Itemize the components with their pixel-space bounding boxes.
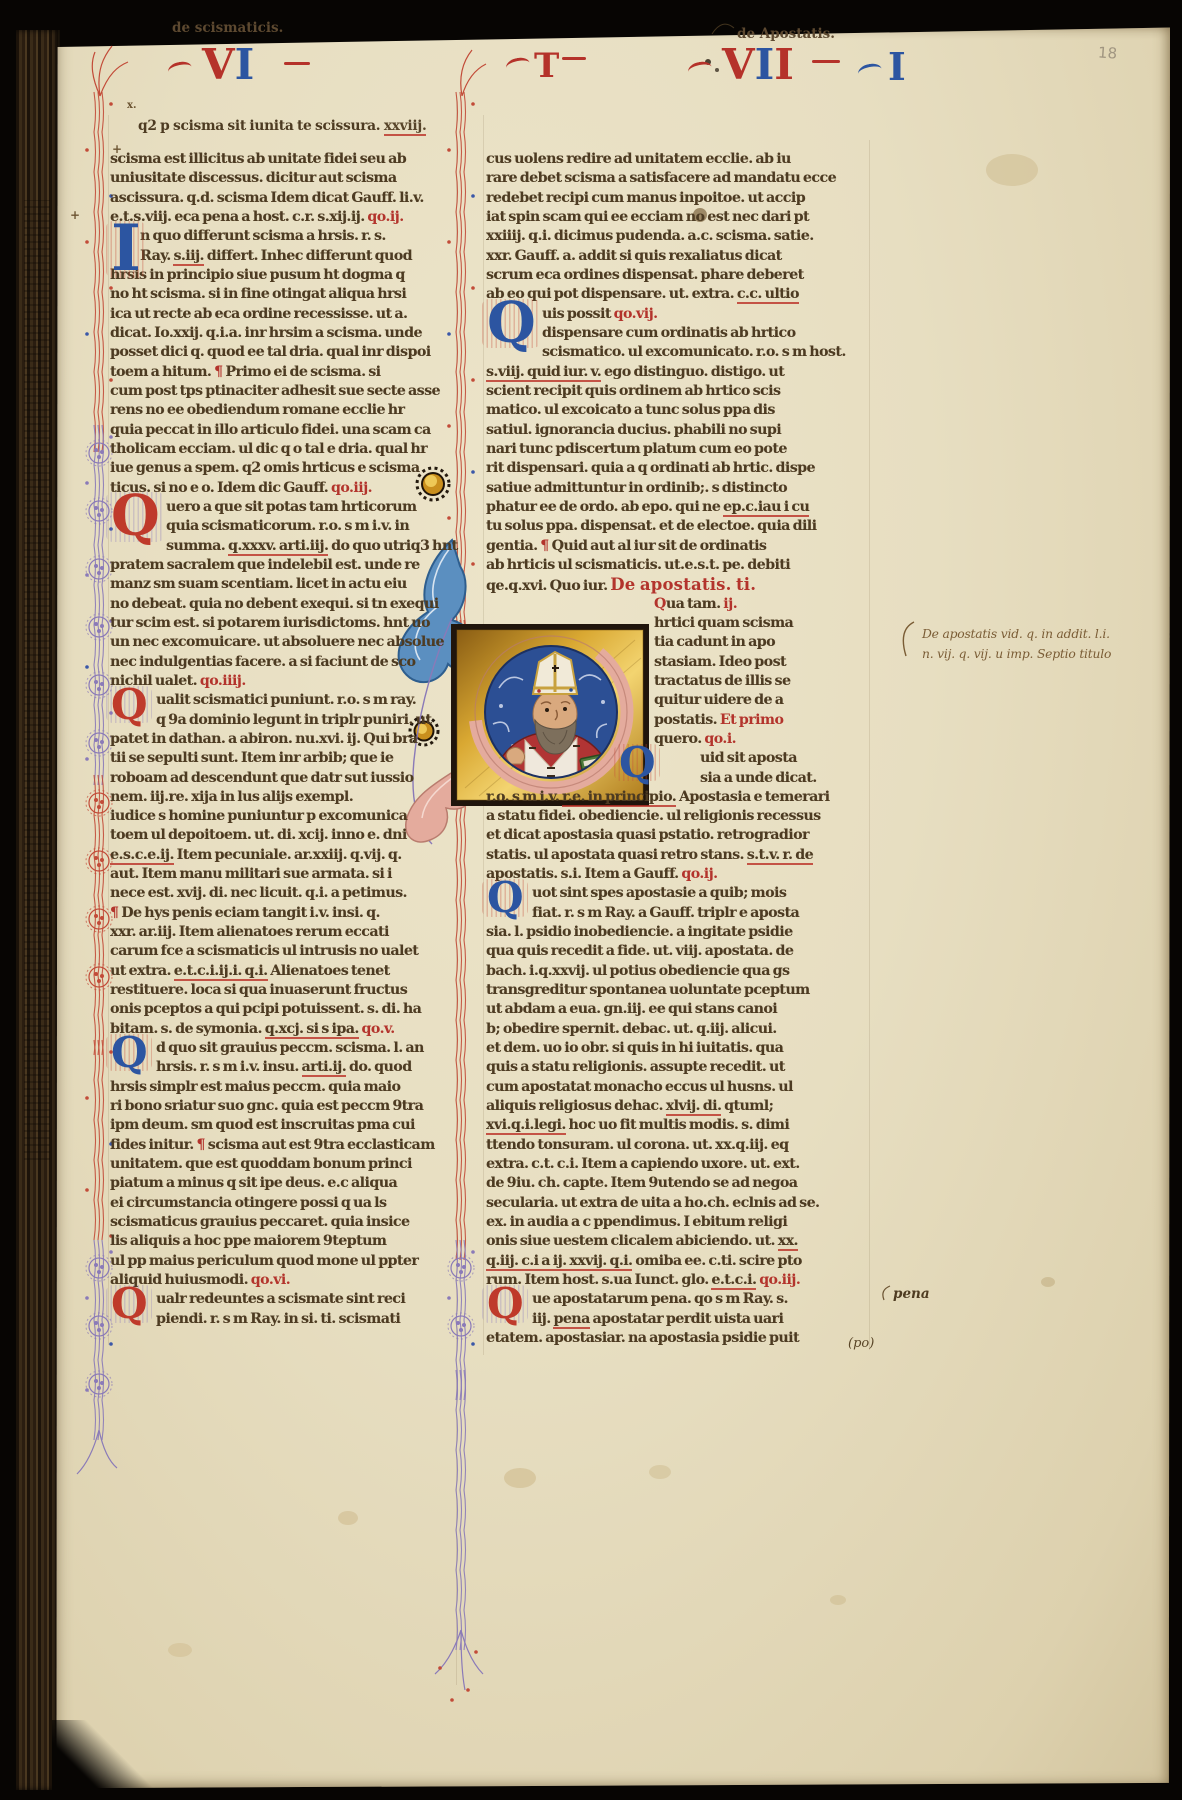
text-line: Ray. s.iij. differt. Inhec differunt quo…	[110, 247, 456, 266]
text-line: sia. l. psidio inobediencie. a ingitate …	[486, 923, 872, 942]
text-run: no ht scisma. si in fine otingat aliqua …	[110, 286, 406, 302]
text-line: qe.q.xvi. Quo iur. De apostatis. ti.	[486, 575, 872, 594]
text-line: un nec excomuicare. ut absoluere nec abs…	[110, 633, 456, 652]
text-run: ego distinguo. distigo. ut	[601, 364, 784, 380]
text-run: tur scim est. si potarem iurisdictoms. h…	[110, 615, 430, 631]
running-title-left: de scismaticis.	[172, 20, 283, 36]
numeral-letter: T	[534, 46, 559, 86]
text-run: omiba ee. c.ti. scire pto	[632, 1253, 801, 1269]
text-line: piatum a minus q sit ipe deus. e.c aliqu…	[110, 1174, 456, 1193]
folio-numeral-vi: VI	[202, 40, 254, 89]
text-run: scrum eca ordines dispensat. phare deber…	[486, 267, 804, 283]
text-line: patet in dathan. a abiron. nu.xvi. ij. Q…	[110, 730, 456, 749]
text-run: ascissura. q.d. scisma Idem dicat Gauff.…	[110, 190, 424, 206]
text-line: tu solus ppa. dispensat. et de electoe. …	[486, 517, 872, 536]
text-run: Apostasia e temerari	[676, 789, 829, 805]
text-run: hrtici quam scisma	[654, 615, 793, 631]
folio-number: 18	[1097, 43, 1117, 62]
text-line: posset dici q. quod ee tal dria. qual in…	[110, 343, 456, 362]
text-run: unitatem. que est quoddam bonum princi	[110, 1156, 412, 1172]
text-run: s.t.v. r. de	[747, 847, 813, 865]
text-run: ¶	[196, 1137, 207, 1153]
text-line: e.s.c.e.ij. Item pecuniale. ar.xxiij. q.…	[110, 846, 456, 865]
text-line: uis possit qo.vij.	[486, 305, 872, 324]
text-line: unitatem. que est quoddam bonum princi	[110, 1155, 456, 1174]
text-run: scisma est illicitus ab unitate fidei se…	[110, 151, 406, 167]
text-run: qua quis recedit a fide. ut. viij. apost…	[486, 943, 793, 959]
text-run: iudice s homine puniuntur p excomunica	[110, 808, 407, 824]
text-run: qo.ij.	[681, 866, 717, 882]
text-run: lis aliquis a hoc ppe maiorem 9teptum	[110, 1233, 386, 1249]
text-run: quia scismaticorum. r.o. s m i.v. in	[166, 518, 409, 534]
text-column-left: scisma est illicitus ab unitate fidei se…	[110, 150, 456, 1329]
text-line: xxiiij. q.i. dicimus pudenda. a.c. scism…	[486, 227, 872, 246]
text-run: toem a hitum.	[110, 364, 214, 380]
text-run: De apostatis. ti.	[610, 575, 756, 594]
text-run: extra. c.t. c.i. Item a capiendo uxore. …	[486, 1156, 800, 1172]
initial-capital: I	[106, 221, 145, 277]
text-run: uid sit aposta	[700, 750, 797, 766]
text-line: cum post tps ptinaciter adhesit sue sect…	[110, 382, 456, 401]
text-line: dispensare cum ordinatis ab hrtico	[486, 324, 872, 343]
text-run: q.xxxv. arti.iij.	[228, 538, 328, 556]
text-line: rit dispensari. quia a q ordinati ab hrt…	[486, 459, 872, 478]
text-run: qo.iij.	[759, 1272, 800, 1288]
text-line: n quo differunt scisma a hrsis. r. s.	[110, 227, 456, 246]
text-run: rare debet scisma a satisfacere ad manda…	[486, 170, 836, 186]
text-run: ri bono sriatur suo gnc. quia est peccm …	[110, 1098, 423, 1114]
initial-capital: Q	[106, 1034, 152, 1072]
text-run: iue genus a spem. q2 omis hrticus e scis…	[110, 460, 420, 476]
text-run: apostatar perdit uista uari	[590, 1311, 784, 1327]
text-run: manz sm suam scentiam. licet in actu eiu	[110, 576, 407, 592]
text-line: ica ut recte ab eca ordine recessisse. u…	[110, 305, 456, 324]
text-run: a statu fidei. obediencie. ul religionis…	[486, 808, 821, 824]
text-line: uot sint spes apostasie a quib; mois	[486, 884, 872, 903]
text-line: secularia. ut extra de uita a ho.ch. ecl…	[486, 1194, 872, 1213]
text-run: n quo differunt scisma a hrsis. r. s.	[140, 228, 386, 244]
text-run: c.c. ultio	[737, 286, 799, 304]
text-line: bach. i.q.xxvij. ul potius obediencie qu…	[486, 962, 872, 981]
text-line: apostatis. s.i. Item a Gauff. qo.ij.	[486, 865, 872, 884]
text-run: ue apostatarum pena. qo s m Ray. s.	[532, 1291, 788, 1307]
text-run: d quo sit grauius peccm. scisma. l. an	[156, 1040, 424, 1056]
text-run: onis siue uestem clicalem abiciendo. ut.	[486, 1233, 778, 1249]
text-run: b; obedire spernit. debac. ut. q.iij. al…	[486, 1021, 777, 1037]
text-run: gentia.	[486, 538, 540, 554]
text-run: ua tam.	[666, 596, 723, 612]
text-line: q.iij. c.i a ij. xxvij. q.i. omiba ee. c…	[486, 1252, 872, 1271]
text-line: hrsis. r. s m i.v. insu. arti.ij. do. qu…	[110, 1058, 456, 1077]
text-run: dispensare cum ordinatis ab hrtico	[542, 325, 796, 341]
text-run: ut abdam a eua. gn.iij. ee qui stans can…	[486, 1001, 777, 1017]
text-run: piatum a minus q sit ipe deus. e.c aliqu…	[110, 1175, 397, 1191]
text-run: xxviij.	[384, 118, 427, 136]
text-line: quero. qo.i.	[654, 730, 872, 749]
text-line: carum fce a scismaticis ul intrusis no u…	[110, 942, 456, 961]
flourish	[284, 62, 310, 65]
text-line: satiue admittuntur in ordinib;. s distin…	[486, 479, 872, 498]
text-line: bitam. s. de symonia. q.xcj. si s ipa. q…	[110, 1020, 456, 1039]
text-line: aliquid huiusmodi. qo.vi.	[110, 1271, 456, 1290]
text-run: posset dici q. quod ee tal dria. qual in…	[110, 344, 431, 360]
text-run: pratem sacralem que indelebil est. unde …	[110, 557, 420, 573]
text-run: restituere. loca si qua inuaserunt fruct…	[110, 982, 407, 998]
text-run: etatem. apostasiar. na apostasia psidie …	[486, 1330, 799, 1346]
text-run: nari tunc pdiscertum platum cum eo pote	[486, 441, 787, 457]
text-run: qo.vij.	[614, 306, 658, 322]
text-run: qo.ij.	[367, 209, 403, 225]
margin-note-pena: pena	[893, 1286, 930, 1302]
text-run: qo.iiij.	[200, 673, 246, 689]
text-line: q 9a dominio legunt in triplr puniri. ut	[110, 711, 456, 730]
text-run: rit dispensari. quia a q ordinati ab hrt…	[486, 460, 815, 476]
text-run: quia peccat in illo articulo fidei. una …	[110, 422, 431, 438]
margin-note-line: De apostatis vid. q. in addit. l.i.	[922, 624, 1111, 644]
column-numeral: T	[534, 46, 559, 86]
text-line: b; obedire spernit. debac. ut. q.iij. al…	[486, 1020, 872, 1039]
text-run: un nec excomuicare. ut absoluere nec abs…	[110, 634, 444, 650]
text-run: r.o. s m i.v.	[486, 789, 562, 805]
text-line: scrum eca ordines dispensat. phare deber…	[486, 266, 872, 285]
page-stack-specks	[24, 200, 50, 1160]
text-run: xx.	[778, 1233, 798, 1251]
text-line: quia peccat in illo articulo fidei. una …	[110, 421, 456, 440]
text-run: no debeat. quia no debent exequi. si tn …	[110, 596, 439, 612]
text-run: qo.v.	[362, 1021, 395, 1037]
catchword: (po)	[848, 1336, 874, 1351]
text-line: nichil ualet. qo.iiij.	[110, 672, 456, 691]
text-line: cus uolens redire ad unitatem ecclie. ab…	[486, 150, 872, 169]
text-run: iat spin scam qui ee ecciam no est nec d…	[486, 209, 809, 225]
text-run: satiul. ignorancia ducius. phabili no su…	[486, 422, 781, 438]
text-line: etatem. apostasiar. na apostasia psidie …	[486, 1329, 872, 1348]
text-run: hoc uo fit multis modis. s. dimi	[566, 1117, 789, 1133]
numeral-letter: I	[755, 40, 775, 89]
text-line: rens no ee obediendum romane ecclie hr	[110, 401, 456, 420]
text-line: ex. in audia a c ppendimus. I ebitum rel…	[486, 1213, 872, 1232]
text-line: xvi.q.i.legi. hoc uo fit multis modis. s…	[486, 1116, 872, 1135]
text-line: transgreditur spontanea uoluntate pceptu…	[486, 981, 872, 1000]
text-line: tur scim est. si potarem iurisdictoms. h…	[110, 614, 456, 633]
text-line: et dem. uo io obr. si quis in hi iuitati…	[486, 1039, 872, 1058]
text-run: secularia. ut extra de uita a ho.ch. ecl…	[486, 1195, 819, 1211]
text-line: statis. ul apostata quasi retro stans. s…	[486, 846, 872, 865]
text-line: scisma est illicitus ab unitate fidei se…	[110, 150, 456, 169]
text-line: ri bono sriatur suo gnc. quia est peccm …	[110, 1097, 456, 1116]
text-line: no ht scisma. si in fine otingat aliqua …	[110, 285, 456, 304]
text-line: iudice s homine puniuntur p excomunica	[110, 807, 456, 826]
text-run: qtuml;	[721, 1098, 773, 1114]
text-line: iij. pena apostatar perdit uista uari	[486, 1310, 872, 1329]
text-run: Et primo	[720, 712, 784, 728]
text-line: iue genus a spem. q2 omis hrticus e scis…	[110, 459, 456, 478]
text-run: fides initur.	[110, 1137, 196, 1153]
quire-numeral: I	[888, 44, 906, 89]
text-run: xvi.q.i.legi.	[486, 1117, 566, 1135]
text-run: ex. in audia a c ppendimus. I ebitum rel…	[486, 1214, 787, 1230]
chapter-heading: q2 p scisma sit iunita te scissura. xxvi…	[138, 118, 426, 134]
text-run: carum fce a scismaticis ul intrusis no u…	[110, 943, 418, 959]
text-run: sia a unde dicat.	[700, 770, 817, 786]
text-run: piendi. r. s m Ray. in si. ti. scismati	[156, 1311, 400, 1327]
initial-capital: Q	[482, 299, 540, 349]
text-run: r.e. in principio.	[562, 789, 676, 807]
text-line: cum apostatat monacho eccus ul husns. ul	[486, 1078, 872, 1097]
text-run: Ray.	[140, 248, 173, 264]
text-line: rare debet scisma a satisfacere ad manda…	[486, 169, 872, 188]
text-line: quitur uidere de a	[654, 691, 872, 710]
text-run: e.t.s.viij. eca pena a host. c.r. s.xij.…	[110, 209, 367, 225]
text-run: e.t.c.i.ij.i. q.i.	[174, 963, 268, 981]
text-line: extra. c.t. c.i. Item a capiendo uxore. …	[486, 1155, 872, 1174]
text-run: scismatico. ul excomunicato. r.o. s m ho…	[542, 344, 846, 360]
text-line: scismaticus grauius peccaret. quia insic…	[110, 1213, 456, 1232]
text-line: phatur ee de ordo. ab epo. qui ne ep.c.i…	[486, 498, 872, 517]
numeral-letter: V	[722, 40, 755, 89]
initial-capital: Q	[482, 879, 528, 917]
text-line: hrsis simplr est maius peccm. quia maio	[110, 1078, 456, 1097]
text-run: postatis.	[654, 712, 720, 728]
ruling-line	[456, 95, 457, 1685]
text-run: sia. l. psidio inobediencie. a ingitate …	[486, 924, 793, 940]
text-run: ij.	[723, 596, 737, 612]
text-run: ualit scismatici puniunt. r.o. s m ray.	[156, 692, 416, 708]
text-run: do quo utriq3 hnt	[328, 538, 457, 554]
manuscript-page-scan: { "page": {"folio": "18", "catchword": "…	[0, 0, 1182, 1800]
text-line: et dicat apostasia quasi pstatio. retrog…	[486, 826, 872, 845]
text-run: qo.vi.	[251, 1272, 290, 1288]
text-line: r.o. s m i.v. r.e. in principio. Apostas…	[486, 788, 872, 807]
flourish	[562, 57, 586, 60]
text-run: ei circumstancia otingere possi q ua ls	[110, 1195, 386, 1211]
text-line: onis pceptos a qui pcipi potuissent. s. …	[110, 1000, 456, 1019]
text-run: e.s.c.e.ij.	[110, 847, 174, 865]
text-run: stasiam. Ideo post	[654, 654, 786, 670]
text-run: cum post tps ptinaciter adhesit sue sect…	[110, 383, 440, 399]
text-line: ue apostatarum pena. qo s m Ray. s.	[486, 1290, 872, 1309]
text-line: qua quis recedit a fide. ut. viij. apost…	[486, 942, 872, 961]
text-line: Qua tam. ij.	[654, 595, 872, 614]
text-line: hrsis in principio siue pusum ht dogma q	[110, 266, 456, 285]
text-line: fides initur. ¶ scisma aut est 9tra eccl…	[110, 1136, 456, 1155]
text-run: Q	[654, 596, 666, 612]
text-run: cus uolens redire ad unitatem ecclie. ab…	[486, 151, 791, 167]
text-run: do. quod	[346, 1059, 411, 1075]
text-run: tia cadunt in apo	[654, 634, 775, 650]
text-run: xlvij. di.	[666, 1098, 722, 1116]
text-run: redebet recipi cum manus inpoitoe. ut ac…	[486, 190, 805, 206]
text-run: onis pceptos a qui pcipi potuissent. s. …	[110, 1001, 421, 1017]
text-line: roboam ad descendunt que datr sut iussio	[110, 769, 456, 788]
text-run: patet in dathan. a abiron. nu.xvi. ij. Q…	[110, 731, 417, 747]
text-run: transgreditur spontanea uoluntate pceptu…	[486, 982, 810, 998]
text-run: aliquis religiosus dehac.	[486, 1098, 666, 1114]
text-line: matico. ul excoicato a tunc solus ppa di…	[486, 401, 872, 420]
title-flourish	[712, 24, 734, 34]
text-line: aut. Item manu militari sue armata. si i	[110, 865, 456, 884]
text-run: roboam ad descendunt que datr sut iussio	[110, 770, 413, 786]
text-line: ab hrticis ul scismaticis. ut.e.s.t. pe.…	[486, 556, 872, 575]
text-line: ttendo tonsuram. ul corona. ut. xx.q.iij…	[486, 1136, 872, 1155]
text-run: ¶	[540, 538, 551, 554]
text-line: ut extra. e.t.c.i.ij.i. q.i. Alienatoes …	[110, 962, 456, 981]
text-line: ul pp maius periculum quod mone ul ppter	[110, 1252, 456, 1271]
text-line: aliquis religiosus dehac. xlvij. di. qtu…	[486, 1097, 872, 1116]
text-run: Alienatoes tenet	[268, 963, 390, 979]
text-line: a statu fidei. obediencie. ul religionis…	[486, 807, 872, 826]
folio-numeral-vii: VII	[722, 40, 794, 89]
text-run: xxiiij. q.i. dicimus pudenda. a.c. scism…	[486, 228, 814, 244]
text-run: scisma aut est 9tra ecclasticam	[208, 1137, 435, 1153]
text-run: dicat. Io.xxij. q.i.a. inr hrsim a scism…	[110, 325, 422, 341]
initial-capital: Q	[614, 744, 660, 782]
text-line: uniusitate discessus. dicitur aut scisma	[110, 169, 456, 188]
text-line: scismatico. ul excomunicato. r.o. s m ho…	[486, 343, 872, 362]
text-run: pena	[553, 1311, 589, 1329]
text-run: nece est. xvij. di. nec licuit. q.i. a p…	[110, 885, 407, 901]
text-line: iat spin scam qui ee ecciam no est nec d…	[486, 208, 872, 227]
text-run: statis. ul apostata quasi retro stans.	[486, 847, 747, 863]
text-run: arti.ij.	[302, 1059, 347, 1077]
numeral-letter: I	[774, 40, 794, 89]
text-run: summa.	[166, 538, 228, 554]
text-run: Primo ei de scisma. si	[225, 364, 380, 380]
text-run: uero a que sit potas tam hrticorum	[166, 499, 417, 515]
margin-note-line: n. vij. q. vij. u imp. Septio titulo	[922, 644, 1111, 664]
text-line: piendi. r. s m Ray. in si. ti. scismati	[110, 1310, 456, 1329]
cross-mark: +	[70, 208, 80, 222]
text-line: tractatus de illis se	[654, 672, 872, 691]
text-run: et dem. uo io obr. si quis in hi iuitati…	[486, 1040, 783, 1056]
text-line: ut abdam a eua. gn.iij. ee qui stans can…	[486, 1000, 872, 1019]
text-run: scismaticus grauius peccaret. quia insic…	[110, 1214, 409, 1230]
margin-note-apostatis: De apostatis vid. q. in addit. l.i. n. v…	[922, 624, 1111, 664]
text-run: ica ut recte ab eca ordine recessisse. u…	[110, 306, 407, 322]
text-line: d quo sit grauius peccm. scisma. l. an	[110, 1039, 456, 1058]
initial-capital: Q	[482, 1285, 528, 1323]
rubric-mark: x.	[127, 100, 136, 111]
text-line: nece est. xvij. di. nec licuit. q.i. a p…	[110, 884, 456, 903]
text-line: redebet recipi cum manus inpoitoe. ut ac…	[486, 189, 872, 208]
numeral-letter: V	[202, 40, 235, 89]
text-run: qo.iij.	[331, 480, 372, 496]
page-corner-shadow	[52, 1720, 162, 1800]
text-run: e.t.c.i.	[711, 1272, 756, 1290]
text-column-right: cus uolens redire ad unitatem ecclie. ab…	[486, 150, 872, 1348]
text-line: stasiam. Ideo post	[654, 653, 872, 672]
text-run: s.viij. quid iur. v.	[486, 364, 601, 382]
text-run: nec indulgentias facere. a si faciunt de…	[110, 654, 415, 670]
text-line: ualr redeuntes a scismate sint reci	[110, 1290, 456, 1309]
text-run: xxr. ar.iij. Item alienatoes rerum eccat…	[110, 924, 389, 940]
text-line: toem ul depoitoem. ut. di. xcij. inno e.…	[110, 826, 456, 845]
text-run: De hys penis eciam tangit i.v. insi. q.	[121, 905, 380, 921]
text-run: de 9iu. ch. capte. Item 9utendo se ad ne…	[486, 1175, 797, 1191]
initial-capital: Q	[106, 492, 164, 542]
text-line: e.t.s.viij. eca pena a host. c.r. s.xij.…	[110, 208, 456, 227]
text-line: ascissura. q.d. scisma Idem dicat Gauff.…	[110, 189, 456, 208]
text-run: qe.q.xvi. Quo iur.	[486, 578, 610, 594]
text-run: ul pp maius periculum quod mone ul ppter	[110, 1253, 418, 1269]
text-run: cum apostatat monacho eccus ul husns. ul	[486, 1079, 793, 1095]
text-run: scient recipit quis ordinem ab hrtico sc…	[486, 383, 780, 399]
text-run: q 9a dominio legunt in triplr puniri. ut	[156, 712, 431, 728]
text-line: fiat. r. s m Ray. a Gauff. triplr e apos…	[486, 904, 872, 923]
text-run: fiat. r. s m Ray. a Gauff. triplr e apos…	[532, 905, 799, 921]
text-run: q2 p scisma sit iunita te scissura.	[138, 118, 384, 134]
text-run: rens no ee obediendum romane ecclie hr	[110, 402, 404, 418]
text-run: ttendo tonsuram. ul corona. ut. xx.q.iij…	[486, 1137, 788, 1153]
text-line: ipm deum. sm quod est inscruitas pma cui	[110, 1116, 456, 1135]
text-run: tii se sepulti sunt. Item inr arbib; que…	[110, 750, 393, 766]
text-run: nem. iij.re. xija in lus alijs exempl.	[110, 789, 353, 805]
text-run: ¶	[110, 905, 121, 921]
ruling-line	[108, 115, 109, 1345]
text-run: q.iij. c.i a ij. xxvij. q.i.	[486, 1253, 632, 1271]
text-line: tia cadunt in apo	[654, 633, 872, 652]
text-run: iij.	[532, 1311, 553, 1327]
initial-capital: Q	[106, 1285, 152, 1323]
text-run: tractatus de illis se	[654, 673, 790, 689]
text-line: ab eo qui pot dispensare. ut. extra. c.c…	[486, 285, 872, 304]
text-line: xxr. Gauff. a. addit si quis rexaliatus …	[486, 247, 872, 266]
text-run: hrsis. r. s m i.v. insu.	[156, 1059, 302, 1075]
text-run: et dicat apostasia quasi pstatio. retrog…	[486, 827, 809, 843]
text-run: satiue admittuntur in ordinib;. s distin…	[486, 480, 787, 496]
text-run: Quid aut al iur sit de ordinatis	[552, 538, 767, 554]
text-run: uis possit	[542, 306, 614, 322]
text-run: uot sint spes apostasie a quib; mois	[532, 885, 786, 901]
text-run: ualr redeuntes a scismate sint reci	[156, 1291, 405, 1307]
text-run: tu solus ppa. dispensat. et de electoe. …	[486, 518, 816, 534]
text-line: de 9iu. ch. capte. Item 9utendo se ad ne…	[486, 1174, 872, 1193]
text-run: quero.	[654, 731, 704, 747]
text-line: satiul. ignorancia ducius. phabili no su…	[486, 421, 872, 440]
text-line: scient recipit quis ordinem ab hrtico sc…	[486, 382, 872, 401]
text-run: quitur uidere de a	[654, 692, 783, 708]
text-line: gentia. ¶ Quid aut al iur sit de ordinat…	[486, 537, 872, 556]
text-run: ¶	[214, 364, 225, 380]
text-run: tholicam ecciam. ul dic q o tal e dria. …	[110, 441, 427, 457]
text-line: toem a hitum. ¶ Primo ei de scisma. si	[110, 363, 456, 382]
text-run: quis a statu religionis. assupte recedit…	[486, 1059, 785, 1075]
text-line: tii se sepulti sunt. Item inr arbib; que…	[110, 749, 456, 768]
text-line: restituere. loca si qua inuaserunt fruct…	[110, 981, 456, 1000]
text-line: xxr. ar.iij. Item alienatoes rerum eccat…	[110, 923, 456, 942]
text-line: s.viij. quid iur. v. ego distinguo. dist…	[486, 363, 872, 382]
text-line: nem. iij.re. xija in lus alijs exempl.	[110, 788, 456, 807]
text-run: hrsis simplr est maius peccm. quia maio	[110, 1079, 400, 1095]
text-line: no debeat. quia no debent exequi. si tn …	[110, 595, 456, 614]
text-line: manz sm suam scentiam. licet in actu eiu	[110, 575, 456, 594]
text-line: pratem sacralem que indelebil est. unde …	[110, 556, 456, 575]
text-line: ei circumstancia otingere possi q ua ls	[110, 1194, 456, 1213]
text-run: bach. i.q.xxvij. ul potius obediencie qu…	[486, 963, 789, 979]
text-run: uniusitate discessus. dicitur aut scisma	[110, 170, 397, 186]
text-line: tholicam ecciam. ul dic q o tal e dria. …	[110, 440, 456, 459]
text-line: ¶ De hys penis eciam tangit i.v. insi. q…	[110, 904, 456, 923]
text-line: nari tunc pdiscertum platum cum eo pote	[486, 440, 872, 459]
text-run: qo.i.	[704, 731, 736, 747]
text-line: uid sit aposta	[654, 749, 872, 768]
text-line: quis a statu religionis. assupte recedit…	[486, 1058, 872, 1077]
text-run: differt. Inhec differunt quod	[204, 248, 412, 264]
text-run: matico. ul excoicato a tunc solus ppa di…	[486, 402, 775, 418]
text-line: onis siue uestem clicalem abiciendo. ut.…	[486, 1232, 872, 1251]
text-line: lis aliquis a hoc ppe maiorem 9teptum	[110, 1232, 456, 1251]
numeral-letter: I	[235, 40, 255, 89]
